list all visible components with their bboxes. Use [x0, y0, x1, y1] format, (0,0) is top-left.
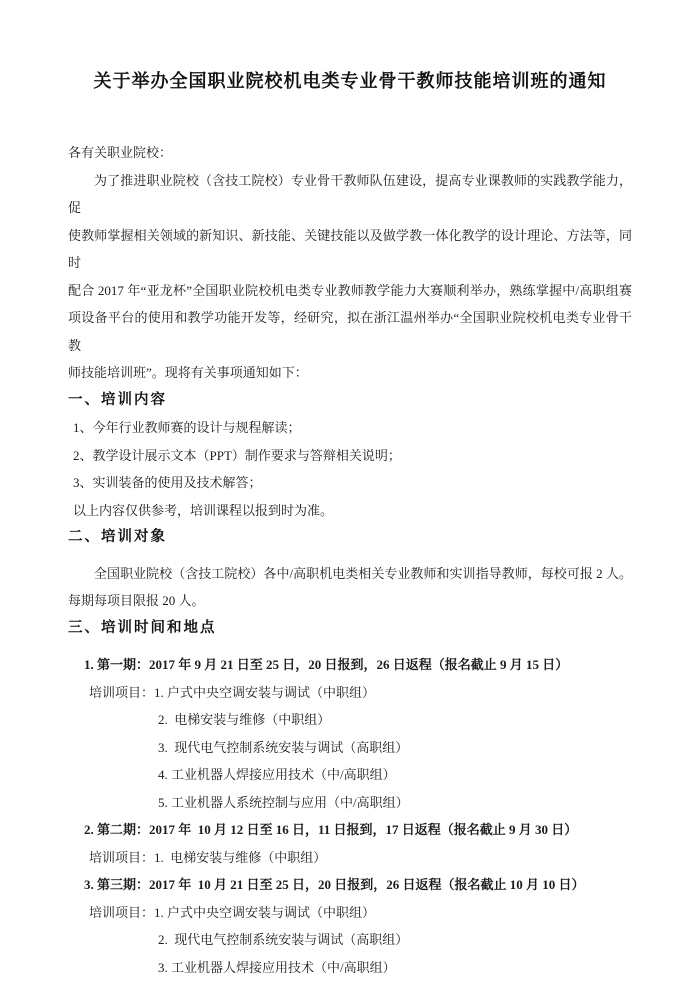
section1-item: 2、教学设计展示文本（PPT）制作要求与答辩相关说明； — [68, 442, 632, 470]
period3-project-item: 2. 现代电气控制系统安装与调试（高职组） — [68, 926, 632, 954]
salutation: 各有关职业院校： — [68, 139, 632, 167]
section1-item: 1、今年行业教师赛的设计与规程解读； — [68, 414, 632, 442]
period1-project-item: 5. 工业机器人系统控制与应用（中/高职组） — [68, 789, 632, 817]
intro-line: 师技能培训班”。现将有关事项通知如下： — [68, 359, 632, 387]
section-training-content: 一、培训内容 1、今年行业教师赛的设计与规程解读； 2、教学设计展示文本（PPT… — [68, 387, 632, 525]
intro-line: 为了推进职业院校（含技工院校）专业骨干教师队伍建设，提高专业课教师的实践教学能力… — [68, 167, 632, 222]
section1-heading: 一、培训内容 — [68, 387, 632, 415]
intro-line: 配合 2017 年“亚龙杯”全国职业院校机电类专业教师教学能力大赛顺利举办，熟练… — [68, 277, 632, 305]
period-2: 2. 第二期：2017 年 10 月 12 日至 16 日，11 日报到，17 … — [68, 816, 632, 871]
notice-document: 关于举办全国职业院校机电类专业骨干教师技能培训班的通知 各有关职业院校： 为了推… — [0, 66, 700, 981]
section-training-target: 二、培训对象 全国职业院校（含技工院校）各中/高职机电类相关专业教师和实训指导教… — [68, 524, 632, 615]
period1-date-line: 1. 第一期：2017 年 9 月 21 日至 25 日，20 日报到，26 日… — [68, 651, 632, 679]
period2-date-line: 2. 第二期：2017 年 10 月 12 日至 16 日，11 日报到，17 … — [68, 816, 632, 844]
section2-heading: 二、培训对象 — [68, 524, 632, 552]
period3-date-line: 3. 第三期：2017 年 10 月 21 日至 25 日，20 日报到，26 … — [68, 871, 632, 899]
section1-item: 3、实训装备的使用及技术解答； — [68, 469, 632, 497]
section3-heading: 三、培训时间和地点 — [68, 615, 632, 643]
intro-line: 使教师掌握相关领域的新知识、新技能、关键技能以及做学教一体化教学的设计理论、方法… — [68, 222, 632, 277]
period1-projects-line: 培训项目：1. 户式中央空调安装与调试（中职组） — [68, 679, 632, 707]
period1-project-item: 4. 工业机器人焊接应用技术（中/高职组） — [68, 761, 632, 789]
section2-line: 全国职业院校（含技工院校）各中/高职机电类相关专业教师和实训指导教师，每校可报 … — [68, 560, 632, 588]
section-time-place: 三、培训时间和地点 1. 第一期：2017 年 9 月 21 日至 25 日，2… — [68, 615, 632, 982]
period3-projects-line: 培训项目：1. 户式中央空调安装与调试（中职组） — [68, 899, 632, 927]
intro-paragraph: 为了推进职业院校（含技工院校）专业骨干教师队伍建设，提高专业课教师的实践教学能力… — [68, 167, 632, 387]
document-title: 关于举办全国职业院校机电类专业骨干教师技能培训班的通知 — [68, 66, 632, 96]
period2-projects-line: 培训项目：1. 电梯安装与维修（中职组） — [68, 844, 632, 872]
section2-line: 每期每项目限报 20 人。 — [68, 587, 632, 615]
period3-project-item: 3. 工业机器人焊接应用技术（中/高职组） — [68, 954, 632, 982]
period-3: 3. 第三期：2017 年 10 月 21 日至 25 日，20 日报到，26 … — [68, 871, 632, 981]
period1-project-item: 3. 现代电气控制系统安装与调试（高职组） — [68, 734, 632, 762]
period1-project-item: 2. 电梯安装与维修（中职组） — [68, 706, 632, 734]
section1-note: 以上内容仅供参考，培训课程以报到时为准。 — [68, 497, 632, 525]
period-1: 1. 第一期：2017 年 9 月 21 日至 25 日，20 日报到，26 日… — [68, 651, 632, 816]
intro-line: 项设备平台的使用和教学功能开发等，经研究，拟在浙江温州举办“全国职业院校机电类专… — [68, 304, 632, 359]
